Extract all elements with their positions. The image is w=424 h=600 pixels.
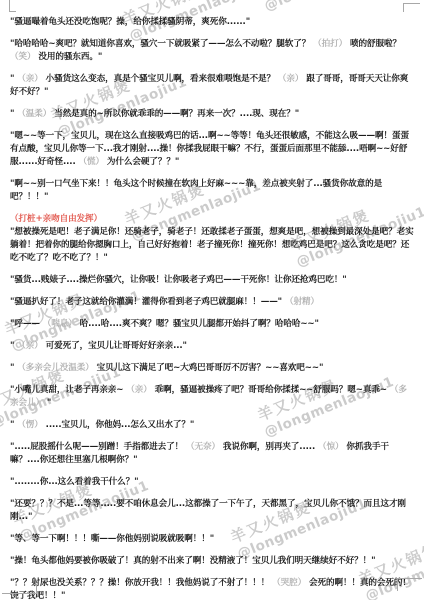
dialogue-text: " bbox=[44, 398, 51, 408]
dialogue-text: 当然是真的~所以你就乖乖的——啊？再来一次？....现、现在？" bbox=[51, 109, 299, 119]
stage-direction-annotation: （温柔） bbox=[17, 109, 51, 119]
section-direction-red: （打桩+亲吻自由发挥） bbox=[10, 214, 102, 224]
paragraph: "还要？？？不是...等等.....要不咱休息会儿...这都操了一下午了，天都黑… bbox=[10, 498, 414, 524]
stage-direction-annotation: （拍打） bbox=[313, 39, 347, 49]
paragraph: "骚货...贱婊子....操烂你骚穴，让你吸！让你吸老子鸡巴——干死你！让你还抢… bbox=[10, 274, 414, 287]
table-border-corner-top-right bbox=[403, 3, 420, 12]
dialogue-text: "还要？？？不是...等等.....要不咱休息会儿...这都操了一下午了，天都黑… bbox=[10, 499, 406, 522]
dialogue-text: ".....屁股摇什么呢——别蹭！手指都进去了！ bbox=[10, 442, 186, 452]
document-page: 羊又火锅煲@longmenlaojiu1羊又火锅煲@longmenlaojiu1… bbox=[0, 0, 424, 600]
dialogue-text: "哈哈哈哈~爽吧？就知道你喜欢，骚穴一下就吸紧了——怎么不动啦？腿软了？ bbox=[10, 39, 313, 49]
paragraph: "骚逼嘬着龟头还没吃饱呢？操，给你揉揉骚阴蒂，爽死你......" bbox=[10, 16, 414, 29]
stage-direction-annotation: （无奈） bbox=[186, 442, 220, 452]
table-border-corner-bottom-left bbox=[2, 584, 37, 594]
dialogue-text: 小骚货这么变态，真是个骚宝贝儿啊，看来很难喂饱是不是？ bbox=[43, 74, 278, 84]
stage-direction-annotation: （多亲会儿没温柔） bbox=[17, 363, 93, 373]
paragraph: " （亲） 小骚货这么变态，真是个骚宝贝儿啊，看来很难喂饱是不是？ （亲） 跟了… bbox=[10, 73, 414, 99]
dialogue-text: 宝贝儿这下满足了吧~大鸡巴哥哥厉不厉害？~~喜欢吧~~" bbox=[94, 363, 324, 373]
stage-direction-annotation: （慌） bbox=[79, 157, 104, 167]
paragraph: "？？射尿也没关系？？？操！你放开我！！我他妈说了不射了！！！ （哭腔） 会死的… bbox=[10, 577, 414, 600]
stage-direction-annotation: （亲） bbox=[126, 385, 151, 395]
stage-direction-annotation: （亲） bbox=[17, 74, 42, 84]
dialogue-text: "啊~~别一口气坐下来！！龟头这个时候撞在软肉上好麻~~~靠，差点被夹射了...… bbox=[10, 179, 382, 202]
dialogue-text: "骚逼嘬着龟头还没吃饱呢？操，给你揉揉骚阴蒂，爽死你......" bbox=[10, 17, 250, 27]
dialogue-text: 我说你啊，别再夹了..... bbox=[220, 442, 318, 452]
stage-direction-annotation: （亲） bbox=[278, 74, 303, 84]
dialogue-text: "呼—— bbox=[10, 319, 43, 329]
stage-direction-annotation: （射精） bbox=[285, 297, 319, 307]
dialogue-text: 可爱死了，宝贝儿让哥哥好好亲亲..." bbox=[43, 341, 187, 351]
dialogue-text: .....宝贝儿，你他妈...怎么又出水了？" bbox=[43, 420, 195, 430]
dialogue-text: "嗯~~等一下，宝贝儿，现在这么直接吸鸡巴的话...啊~~等等！龟头还很敏感，不… bbox=[10, 131, 409, 167]
table-border-corner-bottom-right bbox=[397, 578, 422, 591]
stage-direction-annotation: （愣） bbox=[17, 420, 42, 430]
paragraph: "等、等一下啊！！！嘶——你他妈别说吸就吸啊！！" bbox=[10, 533, 414, 546]
paragraph: "骚逼扒好了！老子这就给你灌满！灌得你看到老子鸡巴就腿麻！！——" （射精） bbox=[10, 296, 414, 309]
paragraph: " （温柔） 当然是真的~所以你就乖乖的——啊？再来一次？....现、现在？" bbox=[10, 108, 414, 121]
paragraph: ".....屁股摇什么呢——别蹭！手指都进去了！ （无奈） 我说你啊，别再夹了.… bbox=[10, 441, 414, 467]
stage-direction-annotation: （亲） bbox=[17, 341, 42, 351]
paragraph: "啊~~别一口气坐下来！！龟头这个时候撞在软肉上好麻~~~靠，差点被夹射了...… bbox=[10, 178, 414, 204]
dialogue-text: 乖啊，骚逼被操疼了吧？哥哥给你揉揉~~舒服吗？嗯~真乖~ bbox=[152, 385, 390, 395]
dialogue-text: "操！龟头都他妈要被你吸破了！真的射不出来了啊！没精液了！宝贝儿我们明天继续好不… bbox=[10, 556, 376, 566]
paragraph: "小嘴儿真甜，让老子再亲亲~ （亲） 乖啊，骚逼被操疼了吧？哥哥给你揉揉~~舒服… bbox=[10, 384, 414, 410]
paragraph: "嗯~~等一下，宝贝儿，现在这么直接吸鸡巴的话...啊~~等等！龟头还很敏感，不… bbox=[10, 130, 414, 169]
dialogue-text: 为什么会硬了？？" bbox=[104, 157, 179, 167]
paragraph: " （亲） 可爱死了，宝贝儿让哥哥好好亲亲..." bbox=[10, 340, 414, 353]
paragraph: "操！龟头都他妈要被你吸破了！真的射不出来了啊！没精液了！宝贝儿我们明天继续好不… bbox=[10, 555, 414, 568]
dialogue-text: "等、等一下啊！！！嘶——你他妈别说吸就吸啊！！" bbox=[10, 534, 214, 544]
dialogue-text: "想被操死是吧！老子满足你！还骑老子，骑老子！还敢揉老子蛋蛋，想爽是吧，想被操到… bbox=[10, 227, 414, 263]
table-border-corner-top-left bbox=[9, 0, 16, 12]
paragraph: "呼—— （喘息） 哈....哈....爽不爽？嗯？骚宝贝儿腿都开始抖了啊？哈哈… bbox=[10, 318, 414, 331]
paragraph: " （多亲会儿没温柔） 宝贝儿这下满足了吧~大鸡巴哥哥厉不厉害？~~喜欢吧~~" bbox=[10, 362, 414, 375]
paragraph: "想被操死是吧！老子满足你！还骑老子，骑老子！还敢揉老子蛋蛋，想爽是吧，想被操到… bbox=[10, 226, 414, 265]
paragraph: " （愣） .....宝贝儿，你他妈...怎么又出水了？" bbox=[10, 419, 414, 432]
dialogue-text: 喷的舒服啦？ bbox=[347, 39, 401, 49]
paragraph: "........你...这么看着我干什么？" bbox=[10, 476, 414, 489]
paragraph: （打桩+亲吻自由发挥） bbox=[10, 213, 414, 226]
stage-direction-annotation: （惊） bbox=[318, 442, 343, 452]
document-content: "骚逼嘬着龟头还没吃饱呢？操，给你揉揉骚阴蒂，爽死你......""哈哈哈哈~爽… bbox=[0, 0, 424, 600]
stage-direction-annotation: （笑） bbox=[10, 52, 35, 62]
dialogue-text: 没用的骚东西。" bbox=[35, 52, 102, 62]
dialogue-text: "骚货...贱婊子....操烂你骚穴，让你吸！让你吸老子鸡巴——干死你！让你还抢… bbox=[10, 275, 347, 285]
paragraph: "哈哈哈哈~爽吧？就知道你喜欢，骚穴一下就吸紧了——怎么不动啦？腿软了？ （拍打… bbox=[10, 38, 414, 64]
dialogue-text: "小嘴儿真甜，让老子再亲亲~ bbox=[10, 385, 126, 395]
dialogue-text: "骚逼扒好了！老子这就给你灌满！灌得你看到老子鸡巴就腿麻！！——" bbox=[10, 297, 285, 307]
dialogue-text: "........你...这么看着我干什么？" bbox=[10, 477, 139, 487]
dialogue-text: "？？射尿也没关系？？？操！你放开我！！我他妈说了不射了！！！ bbox=[10, 578, 272, 588]
stage-direction-annotation: （哭腔） bbox=[272, 578, 306, 588]
stage-direction-annotation: （喘息） bbox=[43, 319, 77, 329]
dialogue-text: 哈....哈....爽不爽？嗯？骚宝贝儿腿都开始抖了啊？哈哈哈~~" bbox=[77, 319, 319, 329]
